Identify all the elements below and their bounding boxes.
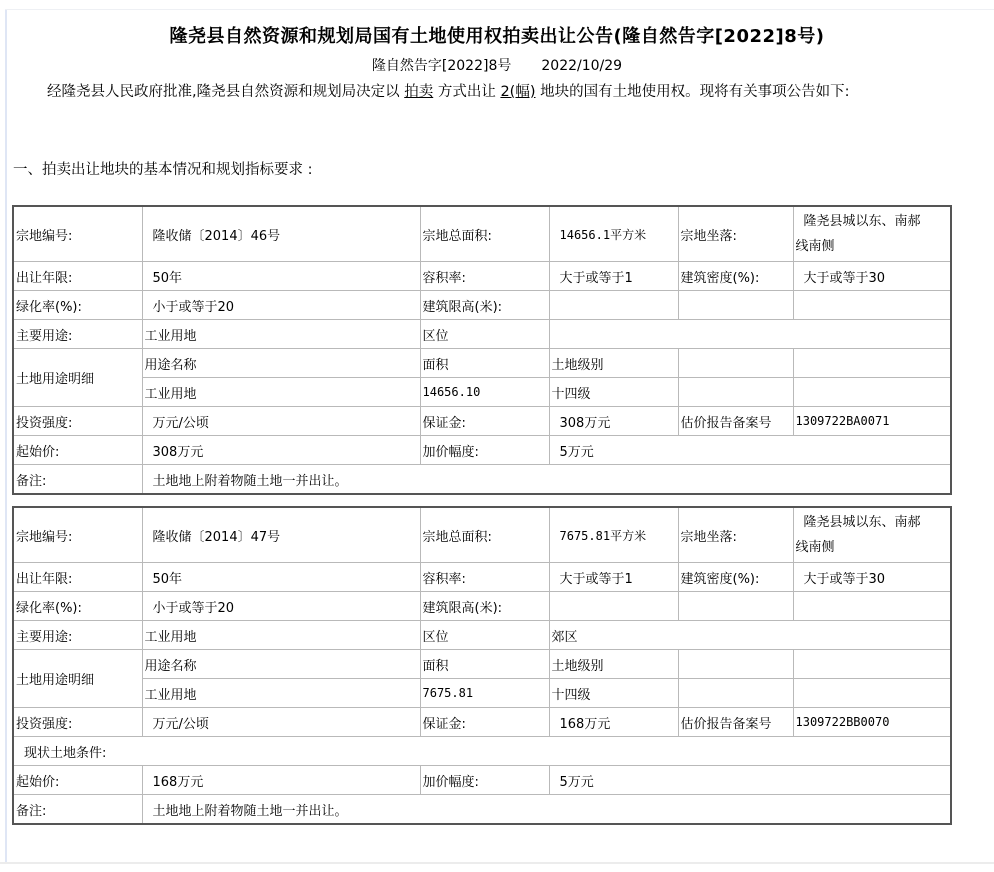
doc-number: 隆自然告字[2022]8号: [372, 58, 511, 74]
location-line2: 线南侧: [796, 540, 835, 555]
label-start-price: 起始价:: [13, 436, 142, 465]
label-total-area: 宗地总面积:: [420, 507, 549, 563]
density: 大于或等于30: [793, 262, 951, 291]
location: 隆尧县城以东、南郝线南侧: [793, 206, 951, 262]
use-name: 工业用地: [142, 679, 420, 708]
label-zone: 区位: [420, 621, 549, 650]
label-parcel-no: 宗地编号:: [13, 206, 142, 262]
table-row: 土地用途明细 用途名称 面积 土地级别: [13, 650, 951, 679]
label-location: 宗地坐落:: [678, 206, 793, 262]
investment: 万元/公顷: [142, 407, 420, 436]
table-row: 宗地编号: 隆收储〔2014〕47号 宗地总面积: 7675.81平方米 宗地坐…: [13, 507, 951, 563]
label-investment: 投资强度:: [13, 407, 142, 436]
green: 小于或等于20: [142, 291, 420, 320]
empty-cell: [793, 679, 951, 708]
main-use: 工业用地: [142, 320, 420, 349]
remark: 土地地上附着物随土地一并出让。: [142, 795, 951, 825]
label-term: 出让年限:: [13, 563, 142, 592]
land-grade: 十四级: [549, 378, 678, 407]
label-area: 面积: [420, 650, 549, 679]
location: 隆尧县城以东、南郝线南侧: [793, 507, 951, 563]
parcel-count: 2(幅): [500, 84, 535, 100]
label-land-grade: 土地级别: [549, 349, 678, 378]
page-title: 隆尧县自然资源和规划局国有土地使用权拍卖出让公告(隆自然告字[2022]8号): [0, 22, 994, 48]
current-condition: 现状土地条件:: [13, 737, 951, 766]
total-area: 14656.1平方米: [549, 206, 678, 262]
location-line1: 隆尧县城以东、南郝: [796, 214, 921, 229]
parcel-table-2: 宗地编号: 隆收储〔2014〕47号 宗地总面积: 7675.81平方米 宗地坐…: [12, 506, 952, 825]
empty-cell: [793, 650, 951, 679]
parcel-no: 隆收储〔2014〕47号: [142, 507, 420, 563]
page-left-border: [5, 10, 7, 863]
table-row: 现状土地条件:: [13, 737, 951, 766]
label-deposit: 保证金:: [420, 708, 549, 737]
area: 14656.10: [420, 378, 549, 407]
deposit: 308万元: [549, 407, 678, 436]
label-investment: 投资强度:: [13, 708, 142, 737]
green: 小于或等于20: [142, 592, 420, 621]
label-land-grade: 土地级别: [549, 650, 678, 679]
zone: 郊区: [549, 621, 951, 650]
label-green: 绿化率(%):: [13, 592, 142, 621]
label-increment: 加价幅度:: [420, 436, 549, 465]
start-price: 168万元: [142, 766, 420, 795]
table-row: 工业用地 7675.81 十四级: [13, 679, 951, 708]
label-height: 建筑限高(米):: [420, 592, 549, 621]
label-appraisal: 估价报告备案号: [678, 407, 793, 436]
label-height: 建筑限高(米):: [420, 291, 549, 320]
label-far: 容积率:: [420, 262, 549, 291]
intro-middle: 方式出让: [433, 84, 500, 100]
intro-paragraph: 经隆尧县人民政府批准,隆尧县自然资源和规划局决定以 拍卖 方式出让 2(幅) 地…: [13, 80, 948, 105]
table-row: 起始价: 168万元 加价幅度: 5万元: [13, 766, 951, 795]
table-row: 主要用途: 工业用地 区位 郊区: [13, 621, 951, 650]
land-grade: 十四级: [549, 679, 678, 708]
label-main-use: 主要用途:: [13, 621, 142, 650]
appraisal-no: 1309722BA0071: [793, 407, 951, 436]
appraisal-no: 1309722BB0070: [793, 708, 951, 737]
table-row: 出让年限: 50年 容积率: 大于或等于1 建筑密度(%): 大于或等于30: [13, 262, 951, 291]
remark: 土地地上附着物随土地一并出让。: [142, 465, 951, 495]
label-far: 容积率:: [420, 563, 549, 592]
label-remark: 备注:: [13, 465, 142, 495]
label-area: 面积: [420, 349, 549, 378]
table-row: 备注: 土地地上附着物随土地一并出让。: [13, 465, 951, 495]
label-appraisal: 估价报告备案号: [678, 708, 793, 737]
page-top-border: [5, 9, 994, 10]
table-row: 备注: 土地地上附着物随土地一并出让。: [13, 795, 951, 825]
label-remark: 备注:: [13, 795, 142, 825]
table-row: 投资强度: 万元/公顷 保证金: 168万元 估价报告备案号 1309722BB…: [13, 708, 951, 737]
label-density: 建筑密度(%):: [678, 563, 793, 592]
main-use: 工业用地: [142, 621, 420, 650]
height: [549, 291, 678, 320]
label-term: 出让年限:: [13, 262, 142, 291]
table-row: 起始价: 308万元 加价幅度: 5万元: [13, 436, 951, 465]
term: 50年: [142, 262, 420, 291]
increment: 5万元: [549, 436, 951, 465]
total-area: 7675.81平方米: [549, 507, 678, 563]
table-row: 土地用途明细 用途名称 面积 土地级别: [13, 349, 951, 378]
label-increment: 加价幅度:: [420, 766, 549, 795]
label-use-detail: 土地用途明细: [13, 349, 142, 407]
label-parcel-no: 宗地编号:: [13, 507, 142, 563]
label-green: 绿化率(%):: [13, 291, 142, 320]
investment: 万元/公顷: [142, 708, 420, 737]
label-density: 建筑密度(%):: [678, 262, 793, 291]
table-row: 绿化率(%): 小于或等于20 建筑限高(米):: [13, 592, 951, 621]
empty-cell: [678, 349, 793, 378]
empty-cell: [793, 349, 951, 378]
table-row: 投资强度: 万元/公顷 保证金: 308万元 估价报告备案号 1309722BA…: [13, 407, 951, 436]
empty-cell: [678, 378, 793, 407]
empty-cell: [678, 291, 793, 320]
table-row: 绿化率(%): 小于或等于20 建筑限高(米):: [13, 291, 951, 320]
table-row: 宗地编号: 隆收储〔2014〕46号 宗地总面积: 14656.1平方米 宗地坐…: [13, 206, 951, 262]
term: 50年: [142, 563, 420, 592]
far: 大于或等于1: [549, 563, 678, 592]
empty-cell: [793, 291, 951, 320]
intro-prefix: 经隆尧县人民政府批准,隆尧县自然资源和规划局决定以: [47, 84, 404, 100]
increment: 5万元: [549, 766, 951, 795]
empty-cell: [678, 650, 793, 679]
label-start-price: 起始价:: [13, 766, 142, 795]
label-main-use: 主要用途:: [13, 320, 142, 349]
intro-suffix: 地块的国有土地使用权。现将有关事项公告如下:: [535, 84, 849, 100]
table-row: 出让年限: 50年 容积率: 大于或等于1 建筑密度(%): 大于或等于30: [13, 563, 951, 592]
doc-date: 2022/10/29: [541, 58, 622, 74]
parcel-table-1: 宗地编号: 隆收储〔2014〕46号 宗地总面积: 14656.1平方米 宗地坐…: [12, 205, 952, 495]
start-price: 308万元: [142, 436, 420, 465]
empty-cell: [678, 679, 793, 708]
label-use-name: 用途名称: [142, 650, 420, 679]
deposit: 168万元: [549, 708, 678, 737]
height: [549, 592, 678, 621]
label-zone: 区位: [420, 320, 549, 349]
use-name: 工业用地: [142, 378, 420, 407]
page-bottom-border: [0, 862, 994, 864]
empty-cell: [793, 378, 951, 407]
table-row: 工业用地 14656.10 十四级: [13, 378, 951, 407]
far: 大于或等于1: [549, 262, 678, 291]
density: 大于或等于30: [793, 563, 951, 592]
label-deposit: 保证金:: [420, 407, 549, 436]
transfer-method: 拍卖: [404, 84, 433, 100]
empty-cell: [793, 592, 951, 621]
location-line2: 线南侧: [796, 239, 835, 254]
doc-meta: 隆自然告字[2022]8号2022/10/29: [0, 55, 994, 75]
empty-cell: [678, 592, 793, 621]
area: 7675.81: [420, 679, 549, 708]
zone: [549, 320, 951, 349]
parcel-no: 隆收储〔2014〕46号: [142, 206, 420, 262]
label-use-name: 用途名称: [142, 349, 420, 378]
label-location: 宗地坐落:: [678, 507, 793, 563]
label-total-area: 宗地总面积:: [420, 206, 549, 262]
section-heading: 一、拍卖出让地块的基本情况和规划指标要求 :: [13, 158, 313, 179]
table-row: 主要用途: 工业用地 区位: [13, 320, 951, 349]
label-use-detail: 土地用途明细: [13, 650, 142, 708]
location-line1: 隆尧县城以东、南郝: [796, 515, 921, 530]
